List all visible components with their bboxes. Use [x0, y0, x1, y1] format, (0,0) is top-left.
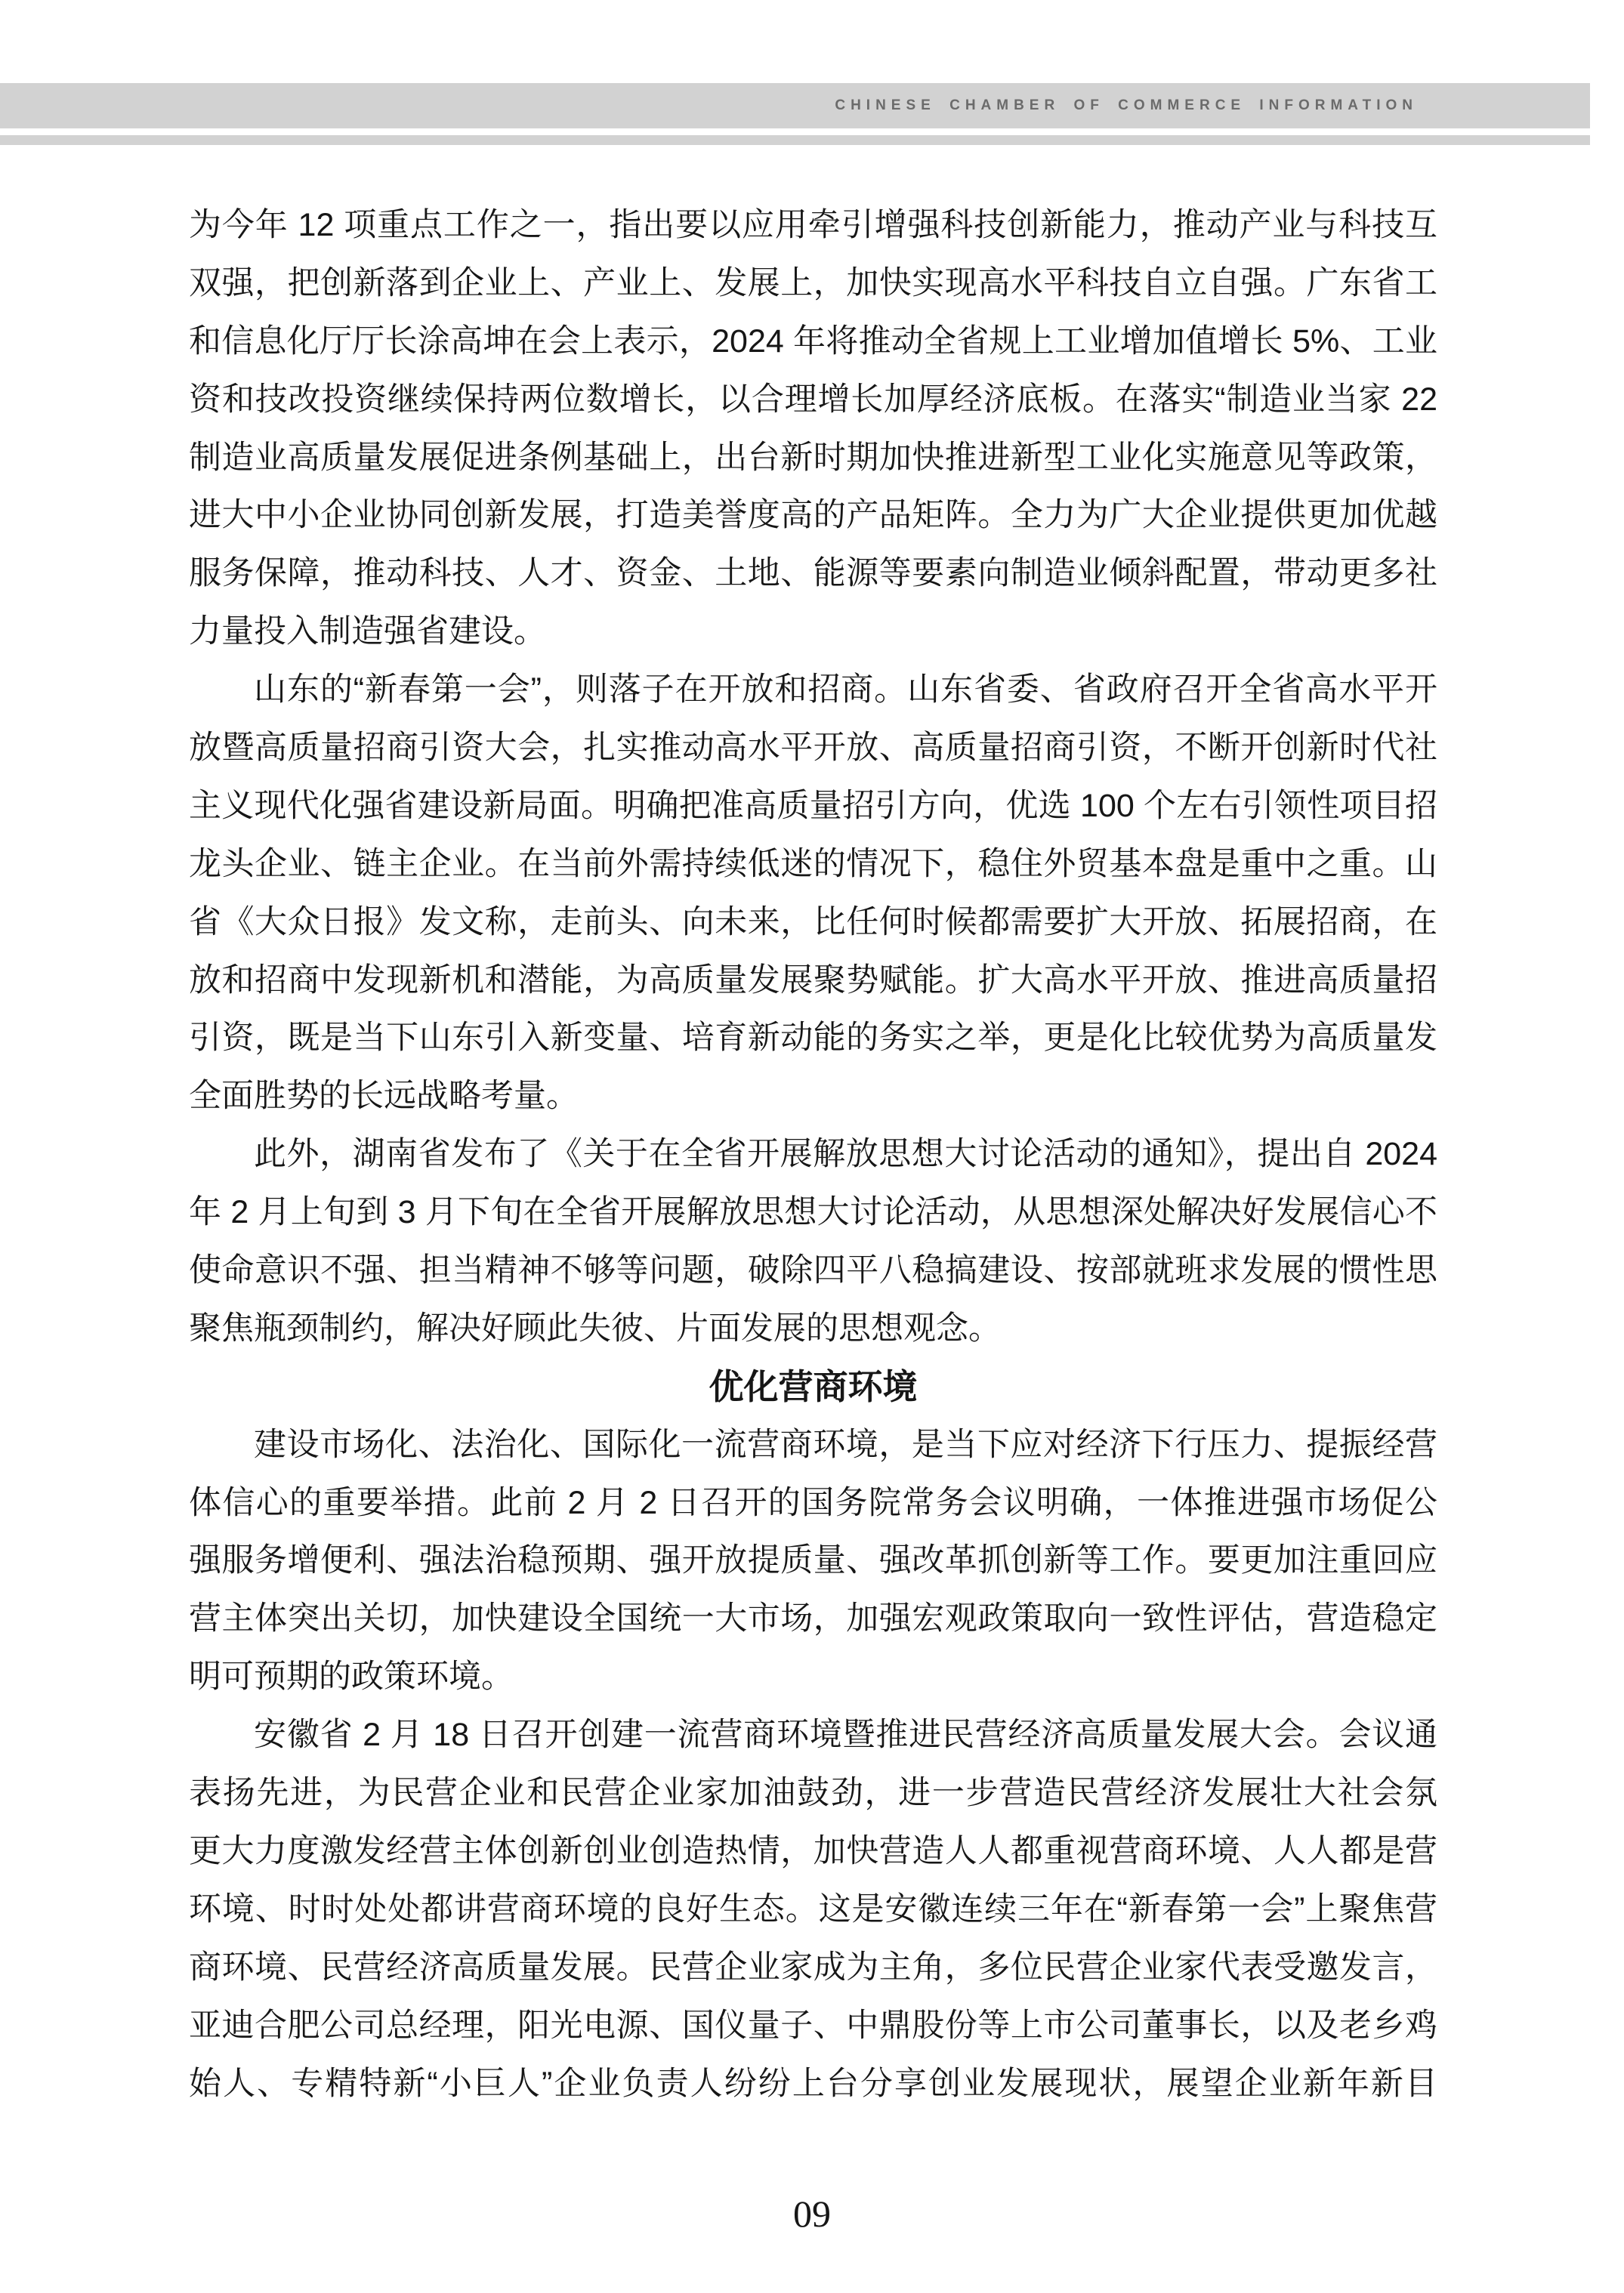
- text-line: 进大中小企业协同创新发展，打造美誉度高的产品矩阵。全力为广大企业提供更加优越的: [189, 486, 1437, 545]
- text-line: 服务保障，推动科技、人才、资金、土地、能源等要素向制造业倾斜配置，带动更多社会: [189, 545, 1437, 603]
- text-line: 安徽省 2 月 18 日召开创建一流营商环境暨推进民营经济高质量发展大会。会议通…: [189, 1706, 1437, 1764]
- text-line: 商环境、民营经济高质量发展。民营企业家成为主角，多位民营企业家代表受邀发言，比: [189, 1939, 1437, 1997]
- section-heading: 优化营商环境: [189, 1358, 1437, 1416]
- text-line: 亚迪合肥公司总经理，阳光电源、国仪量子、中鼎股份等上市公司董事长，以及老乡鸡创: [189, 1997, 1437, 2055]
- text-line: 体信心的重要举措。此前 2 月 2 日召开的国务院常务会议明确，一体推进强市场促…: [189, 1474, 1437, 1532]
- text-line: 双强，把创新落到企业上、产业上、发展上，加快实现高水平科技自立自强。广东省工业: [189, 255, 1437, 313]
- text-line: 放和招商中发现新机和潜能，为高质量发展聚势赋能。扩大高水平开放、推进高质量招商: [189, 952, 1437, 1010]
- text-line: 和信息化厅厅长涂高坤在会上表示，2024 年将推动全省规上工业增加值增长 5%、…: [189, 313, 1437, 371]
- article-body: 为今年 12 项重点工作之一，指出要以应用牵引增强科技创新能力，推动产业与科技互…: [189, 196, 1437, 2112]
- text-line: 此外，湖南省发布了《关于在全省开展解放思想大讨论活动的通知》，提出自 2024: [189, 1125, 1437, 1184]
- document-page: CHINESE CHAMBER OF COMMERCE INFORMATION …: [0, 0, 1624, 2293]
- header-rule: [0, 135, 1590, 145]
- text-line: 主义现代化强省建设新局面。明确把准高质量招引方向，优选 100 个左右引领性项目…: [189, 777, 1437, 835]
- text-line: 使命意识不强、担当精神不够等问题，破除四平八稳搞建设、按部就班求发展的惯性思维，: [189, 1242, 1437, 1300]
- text-line: 山东的“新春第一会”，则落子在开放和招商。山东省委、省政府召开全省高水平开: [189, 661, 1437, 719]
- text-line: 始人、专精特新“小巨人”企业负责人纷纷上台分享创业发展现状，展望企业新年新目标。: [189, 2055, 1437, 2113]
- text-line: 龙头企业、链主企业。在当前外需持续低迷的情况下，稳住外贸基本盘是重中之重。山东: [189, 835, 1437, 893]
- text-line: 全面胜势的长远战略考量。: [189, 1067, 1437, 1125]
- text-line: 建设市场化、法治化、国际化一流营商环境，是当下应对经济下行压力、提振经营主: [189, 1416, 1437, 1474]
- text-line: 制造业高质量发展促进条例基础上，出台新时期加快推进新型工业化实施意见等政策，促: [189, 429, 1437, 487]
- text-line: 为今年 12 项重点工作之一，指出要以应用牵引增强科技创新能力，推动产业与科技互…: [189, 196, 1437, 255]
- text-line: 明可预期的政策环境。: [189, 1648, 1437, 1706]
- text-line: 放暨高质量招商引资大会，扎实推动高水平开放、高质量招商引资，不断开创新时代社会: [189, 719, 1437, 777]
- text-line: 省《大众日报》发文称，走前头、向未来，比任何时候都需要扩大开放、拓展招商，在开: [189, 893, 1437, 952]
- text-line: 聚焦瓶颈制约，解决好顾此失彼、片面发展的思想观念。: [189, 1300, 1437, 1358]
- text-line: 资和技改投资继续保持两位数增长，以合理增长加厚经济底板。在落实“制造业当家 22…: [189, 371, 1437, 429]
- text-line: 更大力度激发经营主体创新创业创造热情，加快营造人人都重视营商环境、人人都是营商: [189, 1822, 1437, 1881]
- header-band: CHINESE CHAMBER OF COMMERCE INFORMATION: [0, 83, 1590, 128]
- text-line: 环境、时时处处都讲营商环境的良好生态。这是安徽连续三年在“新春第一会”上聚焦营: [189, 1881, 1437, 1939]
- text-line: 力量投入制造强省建设。: [189, 603, 1437, 661]
- text-line: 表扬先进，为民营企业和民营企业家加油鼓劲，进一步营造民营经济发展壮大社会氛围，: [189, 1764, 1437, 1822]
- text-line: 引资，既是当下山东引入新变量、培育新动能的务实之举，更是化比较优势为高质量发展: [189, 1009, 1437, 1067]
- text-line: 年 2 月上旬到 3 月下旬在全省开展解放思想大讨论活动，从思想深处解决好发展信…: [189, 1184, 1437, 1242]
- text-line: 营主体突出关切，加快建设全国统一大市场，加强宏观政策取向一致性评估，营造稳定透: [189, 1590, 1437, 1648]
- header-title: CHINESE CHAMBER OF COMMERCE INFORMATION: [835, 97, 1418, 114]
- text-line: 强服务增便利、强法治稳预期、强开放提质量、强改革抓创新等工作。要更加注重回应经: [189, 1532, 1437, 1590]
- page-number: 09: [0, 2191, 1624, 2236]
